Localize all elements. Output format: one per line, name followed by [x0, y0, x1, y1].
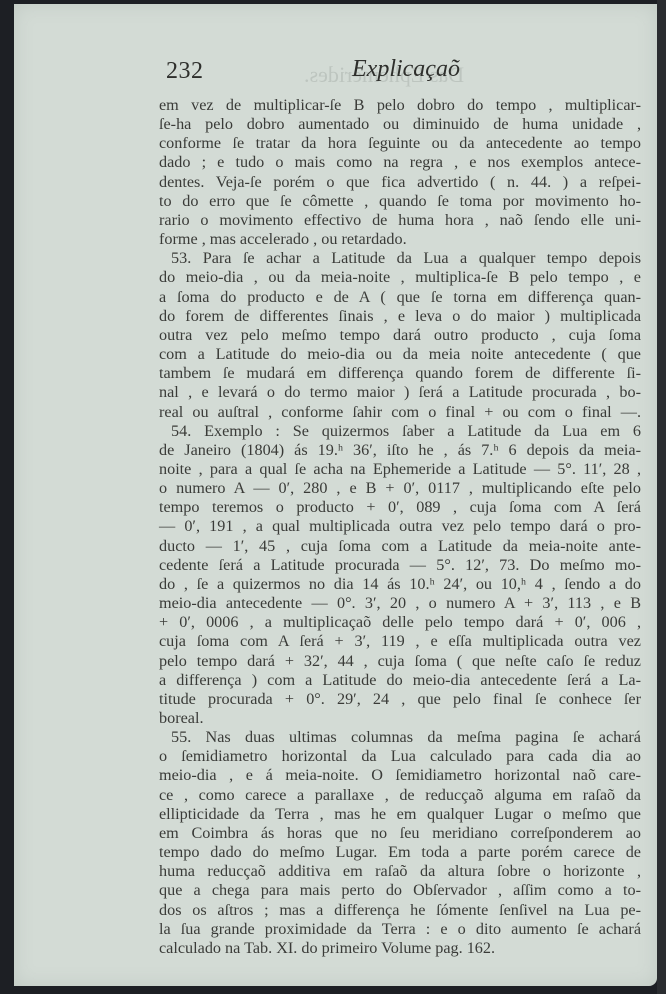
body-text: em vez de multiplicar-ſe B pelo dobro do… [159, 96, 641, 958]
text-line: com a Latitude do meio-dia ou da meia no… [159, 345, 641, 364]
text-line: + 0′, 0006 , a multiplicaçaõ delle pelo … [159, 613, 641, 632]
text-line: — 0′, 191 , a qual multiplicada outra ve… [159, 517, 641, 536]
text-line: calculado na Tab. XI. do primeiro Volume… [159, 939, 641, 958]
text-line: meio-dia antecedente — 0°. 3′, 20 , o nu… [159, 594, 641, 613]
text-line: titude procurada + 0°. 29′, 24 , que pel… [159, 690, 641, 709]
text-line: em Coimbra ás horas que no ſeu meridiano… [159, 824, 641, 843]
text-line: cedente ſerá a Latitude procurada — 5°. … [159, 556, 641, 575]
text-line: em vez de multiplicar-ſe B pelo dobro do… [159, 96, 641, 115]
text-line: boreal. [159, 709, 641, 728]
page-number: 232 [166, 58, 204, 85]
text-line: 55. Nas duas ultimas columnas da meſma p… [159, 728, 641, 747]
text-line: ſe-ha pelo dobro aumentado ou diminuido … [159, 115, 641, 134]
text-line: pelo tempo dará + 32′, 44 , cuja ſoma ( … [159, 652, 641, 671]
text-line: o numero A — 0′, 280 , e B + 0′, 0117 , … [159, 479, 641, 498]
text-line: tambem ſe mudará em differença quando fo… [159, 364, 641, 383]
text-line: outra vez pelo meſmo tempo dará outro pr… [159, 326, 641, 345]
text-line: forme , mas accelerado , ou retardado. [159, 230, 641, 249]
text-line: to do erro que ſe cômette , quando ſe to… [159, 192, 641, 211]
text-line: huma reducçaõ additiva em raſaõ da altur… [159, 862, 641, 881]
text-line: dado ; e tudo o mais como na regra , e n… [159, 153, 641, 172]
running-head: Explicaçaõ [352, 56, 460, 83]
text-line: ducto — 1′, 45 , cuja ſoma com a Latitud… [159, 537, 641, 556]
text-line: a differença ) com a Latitude do meio-di… [159, 671, 641, 690]
text-line: rario o movimento effectivo de huma hora… [159, 211, 641, 230]
text-line: real ou auſtral , conforme ſahir com o f… [159, 403, 641, 422]
text-line: conforme ſe tratar da hora ſeguinte ou d… [159, 134, 641, 153]
text-line: tempo teremos o producto + 0′, 089 , cuj… [159, 498, 641, 517]
scan-edge [657, 0, 666, 994]
text-line: ce , como carece a parallaxe , de reducç… [159, 786, 641, 805]
text-line: dentes. Veja-ſe porém o que fica adverti… [159, 173, 641, 192]
text-line: 53. Para ſe achar a Latitude da Lua a qu… [159, 249, 641, 268]
text-line: nal , e levará o do termo maior ) ſerá a… [159, 383, 641, 402]
book-page: Das Ephemerides. 232 Explicaçaõ em vez d… [14, 4, 657, 986]
text-line: la ſua grande proximidade da Terra : e o… [159, 920, 641, 939]
text-line: cuja ſoma com A ſerá + 3′, 119 , e eſſa … [159, 632, 641, 651]
text-line: o ſemidiametro horizontal da Lua calcula… [159, 747, 641, 766]
text-line: meio-dia , e á meia-noite. O ſemidiametr… [159, 766, 641, 785]
text-line: do , ſe a quizermos no dia 14 ás 10.ʰ 24… [159, 575, 641, 594]
text-line: noite , para a qual ſe acha na Ephemerid… [159, 460, 641, 479]
text-line: dos os aſtros ; mas a differença he ſóme… [159, 901, 641, 920]
text-line: a ſoma do producto e de A ( que ſe torna… [159, 288, 641, 307]
page-header: Das Ephemerides. 232 Explicaçaõ [154, 54, 664, 90]
text-line: do forem de differentes ſinais , e leva … [159, 307, 641, 326]
text-line: 54. Exemplo : Se quizermos ſaber a Latit… [159, 422, 641, 441]
text-line: do meio-dia , ou da meia-noite , multipl… [159, 268, 641, 287]
text-line: que a chega para mais perto do Obſervado… [159, 881, 641, 900]
text-line: de Janeiro (1804) ás 19.ʰ 36′, iſto he ,… [159, 441, 641, 460]
text-line: ellipticidade da Terra , mas he em qualq… [159, 805, 641, 824]
text-line: tempo dado do meſmo Lugar. Em toda a par… [159, 843, 641, 862]
